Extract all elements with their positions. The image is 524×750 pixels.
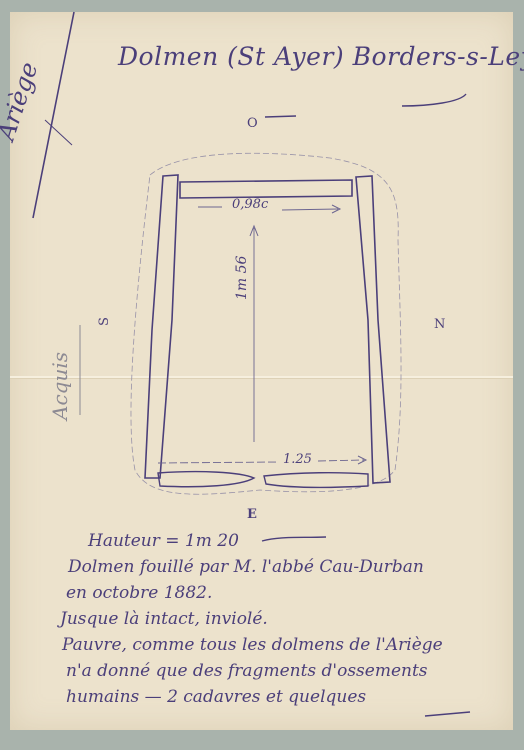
compass-east-label: E (247, 507, 257, 522)
note-line: Hauteur = 1m 20 (60, 528, 443, 554)
dimension-bottom-width: 1.25 (283, 452, 312, 467)
note-line: en octobre 1882. (60, 580, 443, 606)
compass-north-label: N (434, 317, 445, 332)
note-line: Jusque là intact, inviolé. (60, 606, 443, 632)
note-line: Pauvre, comme tous les dolmens de l'Ariè… (60, 632, 443, 658)
compass-south-label: S (97, 317, 112, 326)
handwritten-notes: Hauteur = 1m 20 Dolmen fouillé par M. l'… (60, 528, 443, 710)
compass-west-label: O (247, 116, 258, 131)
dimension-top-width: 0,98c (232, 197, 268, 212)
note-line: n'a donné que des fragments d'ossements (60, 658, 443, 684)
dimension-length: 1m 56 (234, 256, 250, 300)
note-line: humains — 2 cadavres et quelques (60, 684, 443, 710)
note-line: Dolmen fouillé par M. l'abbé Cau-Durban (60, 554, 443, 580)
